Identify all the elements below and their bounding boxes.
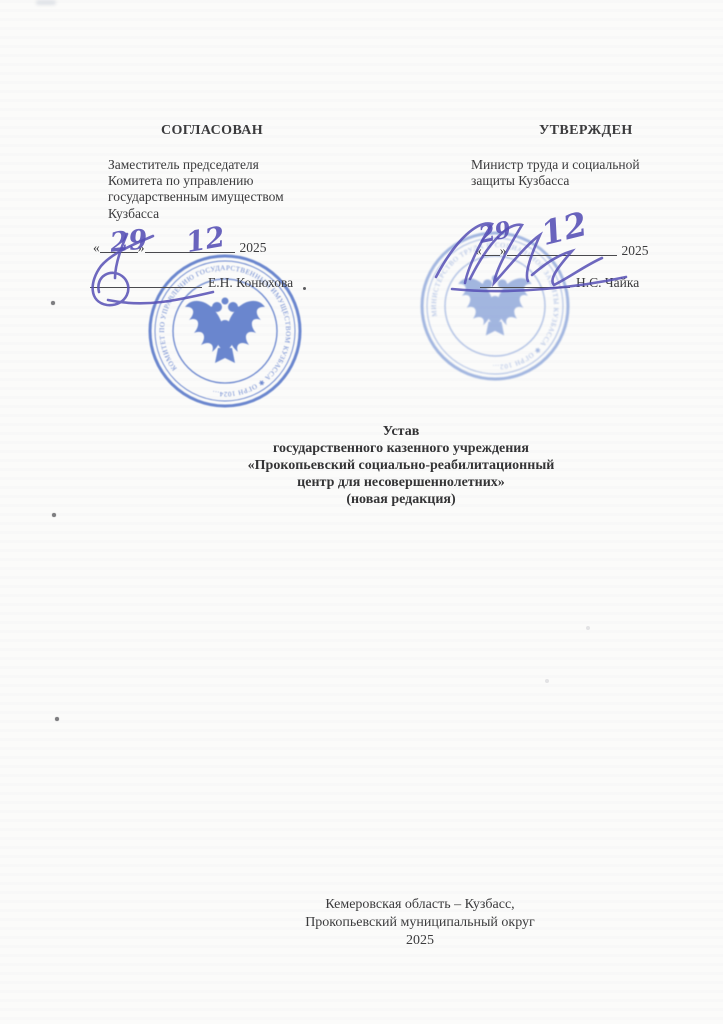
signature-stroke-left bbox=[75, 230, 310, 330]
scan-speck bbox=[545, 679, 549, 683]
scan-speck bbox=[52, 513, 56, 517]
approval-right-role-line: защиты Кузбасса bbox=[471, 173, 671, 189]
approval-left-heading: СОГЛАСОВАН bbox=[161, 123, 263, 139]
document-footer: Кемеровская область – Кузбасс, Прокопьев… bbox=[117, 896, 723, 950]
title-line: государственного казенного учреждения bbox=[79, 440, 723, 457]
scan-speck bbox=[586, 626, 590, 630]
scanned-charter-title-page: СОГЛАСОВАН Заместитель председателя Коми… bbox=[0, 0, 723, 1024]
title-line: центр для несовершеннолетних» bbox=[79, 474, 723, 491]
footer-line: Кемеровская область – Кузбасс, bbox=[117, 896, 723, 914]
approval-right-heading: УТВЕРЖДЕН bbox=[539, 123, 633, 139]
signature-stroke-right bbox=[418, 213, 673, 313]
footer-line: Прокопьевский муниципальный округ bbox=[117, 914, 723, 932]
scan-speck bbox=[51, 301, 55, 305]
title-line: (новая редакция) bbox=[79, 491, 723, 508]
scan-speck bbox=[55, 717, 59, 721]
scan-smudge bbox=[36, 0, 56, 5]
title-line: Устав bbox=[79, 423, 723, 440]
approval-left-role-line: Комитета по управлению bbox=[108, 173, 308, 189]
approval-left-role-line: Кузбасса bbox=[108, 206, 308, 222]
footer-line: 2025 bbox=[117, 932, 723, 950]
title-line: «Прокопьевский социально-реабилитационны… bbox=[79, 457, 723, 474]
approval-right-role-line: Министр труда и социальной bbox=[471, 157, 671, 173]
approval-left-role: Заместитель председателя Комитета по упр… bbox=[108, 157, 308, 222]
approval-left-role-line: государственным имуществом bbox=[108, 189, 308, 205]
approval-left-role-line: Заместитель председателя bbox=[108, 157, 308, 173]
approval-right-role: Министр труда и социальной защиты Кузбас… bbox=[471, 157, 671, 189]
document-title: Устав государственного казенного учрежде… bbox=[79, 423, 723, 508]
